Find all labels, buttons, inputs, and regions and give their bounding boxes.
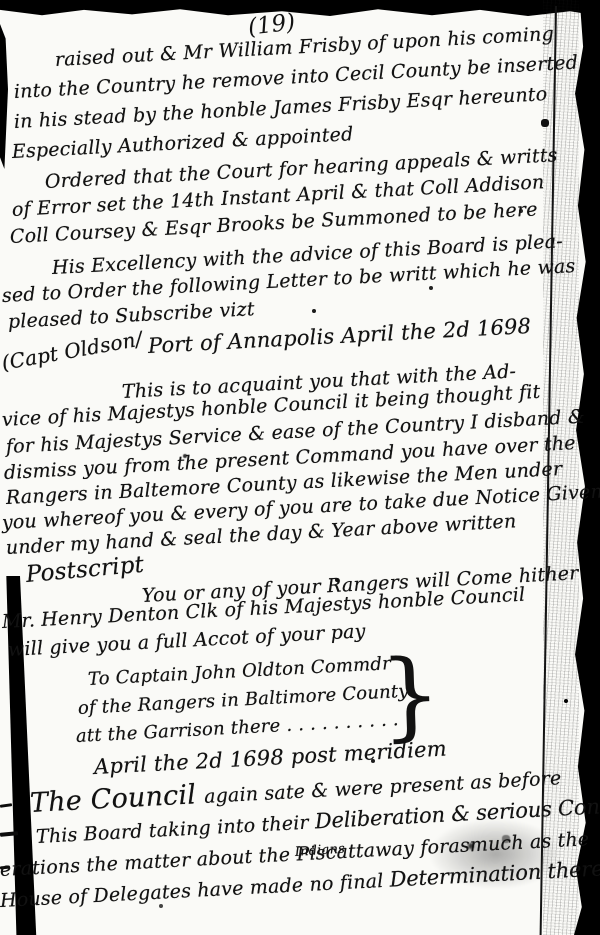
ink-specks	[0, 0, 2, 2]
address-brace: }	[378, 649, 442, 742]
closing-line1-start: This Board taking into their	[35, 811, 315, 848]
scan-top-edge	[0, 0, 600, 16]
manuscript-page: (19) raised out & Mr William Frisby of u…	[0, 0, 600, 935]
council-opening: The Council	[29, 779, 197, 819]
margin-dash	[0, 803, 12, 808]
scan-top-left-mark	[0, 24, 8, 169]
margin-note: (Capt Oldson/	[0, 327, 144, 374]
